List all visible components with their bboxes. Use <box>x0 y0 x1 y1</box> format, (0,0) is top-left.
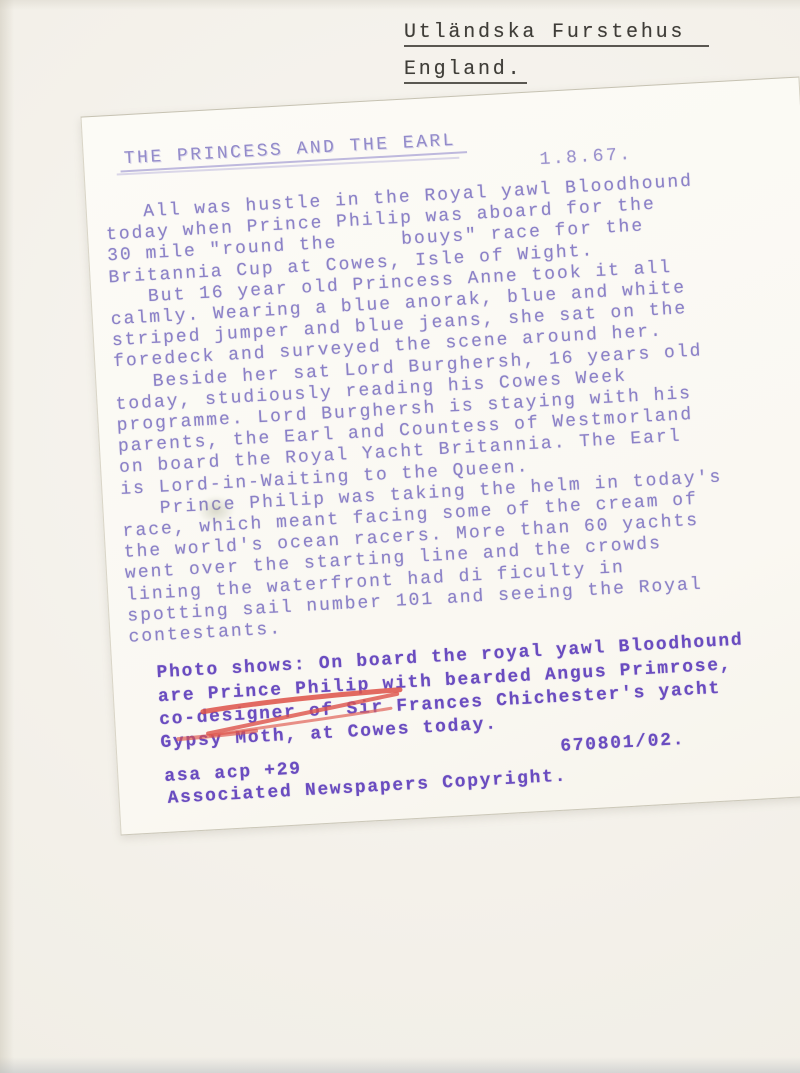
archive-header: Utländska Furstehus England. <box>404 14 709 88</box>
caption-slip: THE PRINCESS AND THE EARL 1.8.67. All wa… <box>80 76 800 835</box>
scan-edge-bottom <box>0 1057 800 1073</box>
archive-header-line-1: Utländska Furstehus <box>404 14 709 51</box>
caption-title-row: THE PRINCESS AND THE EARL 1.8.67. <box>101 113 781 175</box>
archive-country-label: England. <box>404 58 527 84</box>
scan-edge-left <box>0 0 14 1073</box>
archive-region-label: Utländska Furstehus <box>404 21 709 47</box>
caption-date: 1.8.67. <box>539 145 633 170</box>
scan-edge-top <box>0 0 800 10</box>
caption-body: All was hustle in the Royal yawl Bloodho… <box>104 166 800 649</box>
caption-title: THE PRINCESS AND THE EARL <box>123 131 456 174</box>
archive-header-line-2: England. <box>404 51 709 88</box>
scanned-page: Utländska Furstehus England. THE PRINCES… <box>0 0 800 1073</box>
